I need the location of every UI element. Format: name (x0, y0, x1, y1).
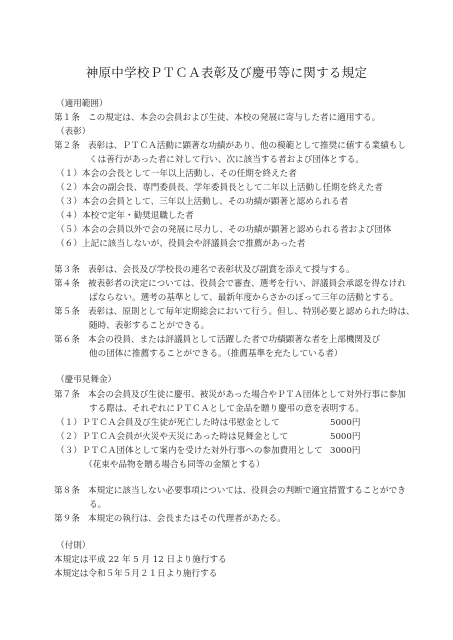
article-text: 本会の会員及び生徒に慶弔、被災があった場合やＰＴＡ団体として対外行事に参加 (88, 390, 406, 400)
section-heading-condolence: （慶弔見舞金） (56, 376, 116, 385)
article-1: 第１条この規定は、本会の会員および生徒、本校の発展に寄与した者に適用する。 (54, 114, 380, 123)
item-amount: 3000円 (330, 447, 360, 456)
item-text: ＰＴＣＡ会員が火災や天災にあった時は見舞金として (82, 432, 288, 442)
article-number: 第９条 (54, 515, 88, 524)
article-number: 第４条 (54, 280, 88, 289)
item-text: 本会の会員として、三年以上活動し、その功績が顕著と認められる者 (82, 197, 348, 207)
item-number: （２） (56, 184, 82, 193)
list-item: （４）本校で定年・勧奨退職した者 (56, 212, 194, 221)
item-number: （４） (56, 212, 82, 221)
article-text: この規定は、本会の会員および生徒、本校の発展に寄与した者に適用する。 (88, 113, 380, 123)
article-7-continued: する際は、それぞれにＰＴＣＡとして金品を贈り慶弔の意を表明する。 (89, 405, 364, 414)
article-text: 表彰は、会長及び学校長の連名で表彰状及び副賞を添えて授与する。 (88, 265, 354, 275)
article-4-continued: ばならない。選考の基準として、最新年度からさかのぼって三年の活動とする。 (89, 294, 398, 303)
article-5: 第５条表彰は、原則として毎年定期総会において行う。但し、特別必要と認められた時は… (54, 308, 415, 317)
item-text: 本会の会員以外で会の発展に尽力し、その功績が顕著と認められる者および団体 (82, 225, 391, 235)
article-number: 第１条 (54, 114, 88, 123)
article-9: 第９条本規定の執行は、会長またはその代理者があたる。 (54, 515, 286, 524)
list-item: （３）ＰＴＣＡ団体として案内を受けた対外行事への参加費用として (56, 447, 323, 456)
article-text: 被表彰者の決定については、役員会で審査、選考を行い、評議員会承認を得なけれ (88, 279, 406, 289)
article-number: 第５条 (54, 308, 88, 317)
article-text: 本会の役員、または評議員として活躍した者で功績顕著な者を上部機関及び (88, 335, 380, 345)
list-item: （６）上記に該当しないが、役員会や評議員会で推薦があった者 (56, 240, 305, 249)
section-heading-supplementary: （付則） (56, 542, 90, 551)
document-page: 神原中学校ＰＴＣＡ表彰及び慶弔等に関する規定 （適用範囲） 第１条この規定は、本… (0, 0, 453, 640)
list-item: （５）本会の会員以外で会の発展に尽力し、その功績が顕著と認められる者および団体 (56, 226, 391, 235)
article-text: 表彰は、ＰＴＣＡ活動に顕著な功績があり、他の模範として推奨に値する業績もし (88, 141, 406, 151)
article-4: 第４条被表彰者の決定については、役員会で審査、選考を行い、評議員会承認を得なけれ (54, 280, 406, 289)
enforcement-date-2: 本規定は令和５年５月２１日より施行する (54, 570, 217, 579)
item-number: （１） (56, 419, 82, 428)
item-text: 本会の副会長、専門委員長、学年委員長として二年以上活動し任期を終えた者 (82, 183, 383, 193)
list-item: （１）ＰＴＣＡ会員及び生徒が死亡した時は弔慰金として (56, 419, 280, 428)
article-6: 第６条本会の役員、または評議員として活躍した者で功績顕著な者を上部機関及び (54, 336, 380, 345)
item-text: 本校で定年・勧奨退職した者 (82, 211, 194, 221)
item-number: （５） (56, 226, 82, 235)
item-text: 上記に該当しないが、役員会や評議員会で推薦があった者 (82, 239, 305, 249)
item-text: 本会の会長として一年以上活動し、その任期を終えた者 (82, 169, 297, 179)
item-amount: 5000円 (330, 433, 360, 442)
item-text: ＰＴＣＡ会員及び生徒が死亡した時は弔慰金として (82, 418, 280, 428)
document-title: 神原中学校ＰＴＣＡ表彰及び慶弔等に関する規定 (0, 63, 453, 81)
article-2-continued: くは善行があった者に対して行い、次に該当する者および団体とする。 (89, 156, 364, 165)
article-7-note: （花束や品物を贈る場合も同等の金額とする） (84, 461, 264, 470)
article-8-continued: る。 (89, 501, 106, 510)
enforcement-date-1: 本規定は平成 22 年 5 月 12 日より施行する (54, 556, 227, 565)
article-2: 第２条表彰は、ＰＴＣＡ活動に顕著な功績があり、他の模範として推奨に値する業績もし (54, 142, 406, 151)
item-number: （２） (56, 433, 82, 442)
article-number: 第２条 (54, 142, 88, 151)
article-6-continued: 他の団体に推薦することができる。（推薦基準を充たしている者） (89, 350, 343, 359)
item-text: ＰＴＣＡ団体として案内を受けた対外行事への参加費用として (82, 446, 323, 456)
article-number: 第３条 (54, 266, 88, 275)
article-number: 第６条 (54, 336, 88, 345)
item-number: （３） (56, 198, 82, 207)
article-number: 第７条 (54, 391, 88, 400)
section-heading-scope: （適用範囲） (56, 100, 108, 109)
article-3: 第３条表彰は、会長及び学校長の連名で表彰状及び副賞を添えて授与する。 (54, 266, 354, 275)
article-text: 表彰は、原則として毎年定期総会において行う。但し、特別必要と認められた時は、 (88, 307, 415, 317)
item-amount: 5000円 (330, 419, 360, 428)
item-number: （６） (56, 240, 82, 249)
list-item: （２）ＰＴＣＡ会員が火災や天災にあった時は見舞金として (56, 433, 288, 442)
list-item: （３）本会の会員として、三年以上活動し、その功績が顕著と認められる者 (56, 198, 348, 207)
list-item: （１）本会の会長として一年以上活動し、その任期を終えた者 (56, 170, 297, 179)
section-heading-award: （表彰） (56, 128, 90, 137)
article-8: 第８条本規定に該当しない必要事項については、役員会の判断で適宜措置することができ (54, 487, 406, 496)
article-text: 本規定の執行は、会長またはその代理者があたる。 (88, 514, 286, 524)
article-number: 第８条 (54, 487, 88, 496)
article-5-continued: 随時、表彰することができる。 (89, 322, 209, 331)
article-text: 本規定に該当しない必要事項については、役員会の判断で適宜措置することができ (88, 486, 406, 496)
item-number: （３） (56, 447, 82, 456)
list-item: （２）本会の副会長、専門委員長、学年委員長として二年以上活動し任期を終えた者 (56, 184, 383, 193)
item-number: （１） (56, 170, 82, 179)
article-7: 第７条本会の会員及び生徒に慶弔、被災があった場合やＰＴＡ団体として対外行事に参加 (54, 391, 406, 400)
